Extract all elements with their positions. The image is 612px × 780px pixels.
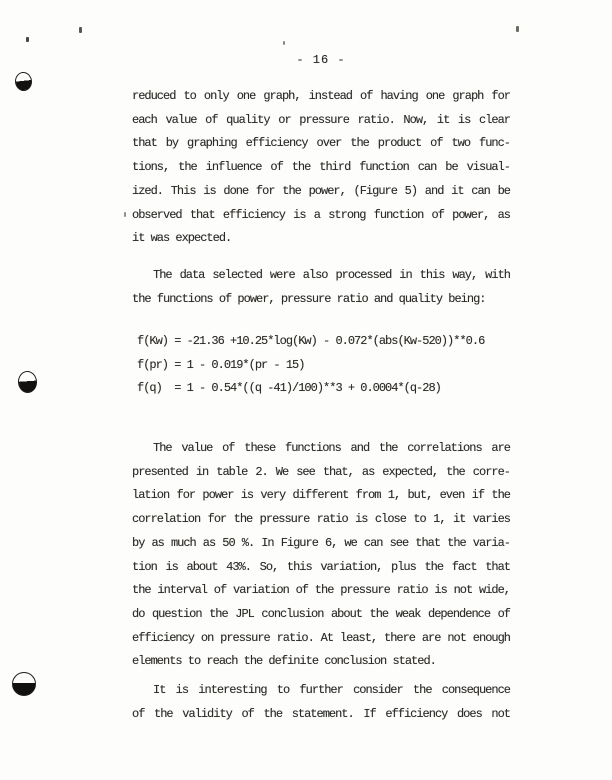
text-line: do question the JPL conclusion about the… [132,603,510,627]
paragraph-3: The value of these functions and the cor… [132,437,510,674]
text-line: it was expected. [132,227,510,251]
formula-line-quality: f(q) = 1 - 0.54*((q -41)/100)**3 + 0.000… [132,377,510,401]
formula-line-pressure-ratio: f(pr) = 1 - 0.019*(pr - 15) [132,354,510,378]
text-line: of the validity of the statement. If eff… [132,703,510,727]
punch-hole-mark-icon [17,370,37,393]
punch-hole-mark-icon [12,672,36,696]
text-line: elements to reach the definite conclusio… [132,650,510,674]
text-line: lation for power is very different from … [132,484,510,508]
text-line: The data selected were also processed in… [132,264,510,288]
text-line: the interval of variation of the pressur… [132,579,510,603]
paragraph-4: It is interesting to further consider th… [132,679,510,726]
text-line: that by graphing efficiency over the pro… [132,132,510,156]
text-line: tions, the influence of the third functi… [132,156,510,180]
paragraph-2: The data selected were also processed in… [132,264,510,311]
page-number: - 16 - [132,49,510,73]
scan-speck [124,212,126,217]
text-line: efficiency on pressure ratio. At least, … [132,627,510,651]
text-line: ized. This is done for the power, (Figur… [132,180,510,204]
text-line: each value of quality or pressure ratio.… [132,109,510,133]
formula-line-power: f(Kw) = -21.36 +10.25*log(Kw) - 0.072*(a… [132,330,510,354]
scan-speck [79,27,82,33]
text-line: tion is about 43%. So, this variation, p… [132,556,510,580]
paragraph-1: reduced to only one graph, instead of ha… [132,85,510,251]
text-line: reduced to only one graph, instead of ha… [132,85,510,109]
scan-speck [26,37,29,42]
formula-block: f(Kw) = -21.36 +10.25*log(Kw) - 0.072*(a… [132,330,510,401]
text-line: presented in table 2. We see that, as ex… [132,461,510,485]
text-line: the functions of power, pressure ratio a… [132,288,510,312]
text-line: by as much as 50 %. In Figure 6, we can … [132,532,510,556]
text-line: The value of these functions and the cor… [132,437,510,461]
scan-speck [516,26,519,32]
text-line: observed that efficiency is a strong fun… [132,204,510,228]
punch-hole-mark-icon [14,71,33,92]
text-line: It is interesting to further consider th… [132,679,510,703]
text-line: correlation for the pressure ratio is cl… [132,508,510,532]
scan-speck [283,41,285,45]
scanned-document-page: - 16 - reduced to only one graph, instea… [0,0,612,780]
